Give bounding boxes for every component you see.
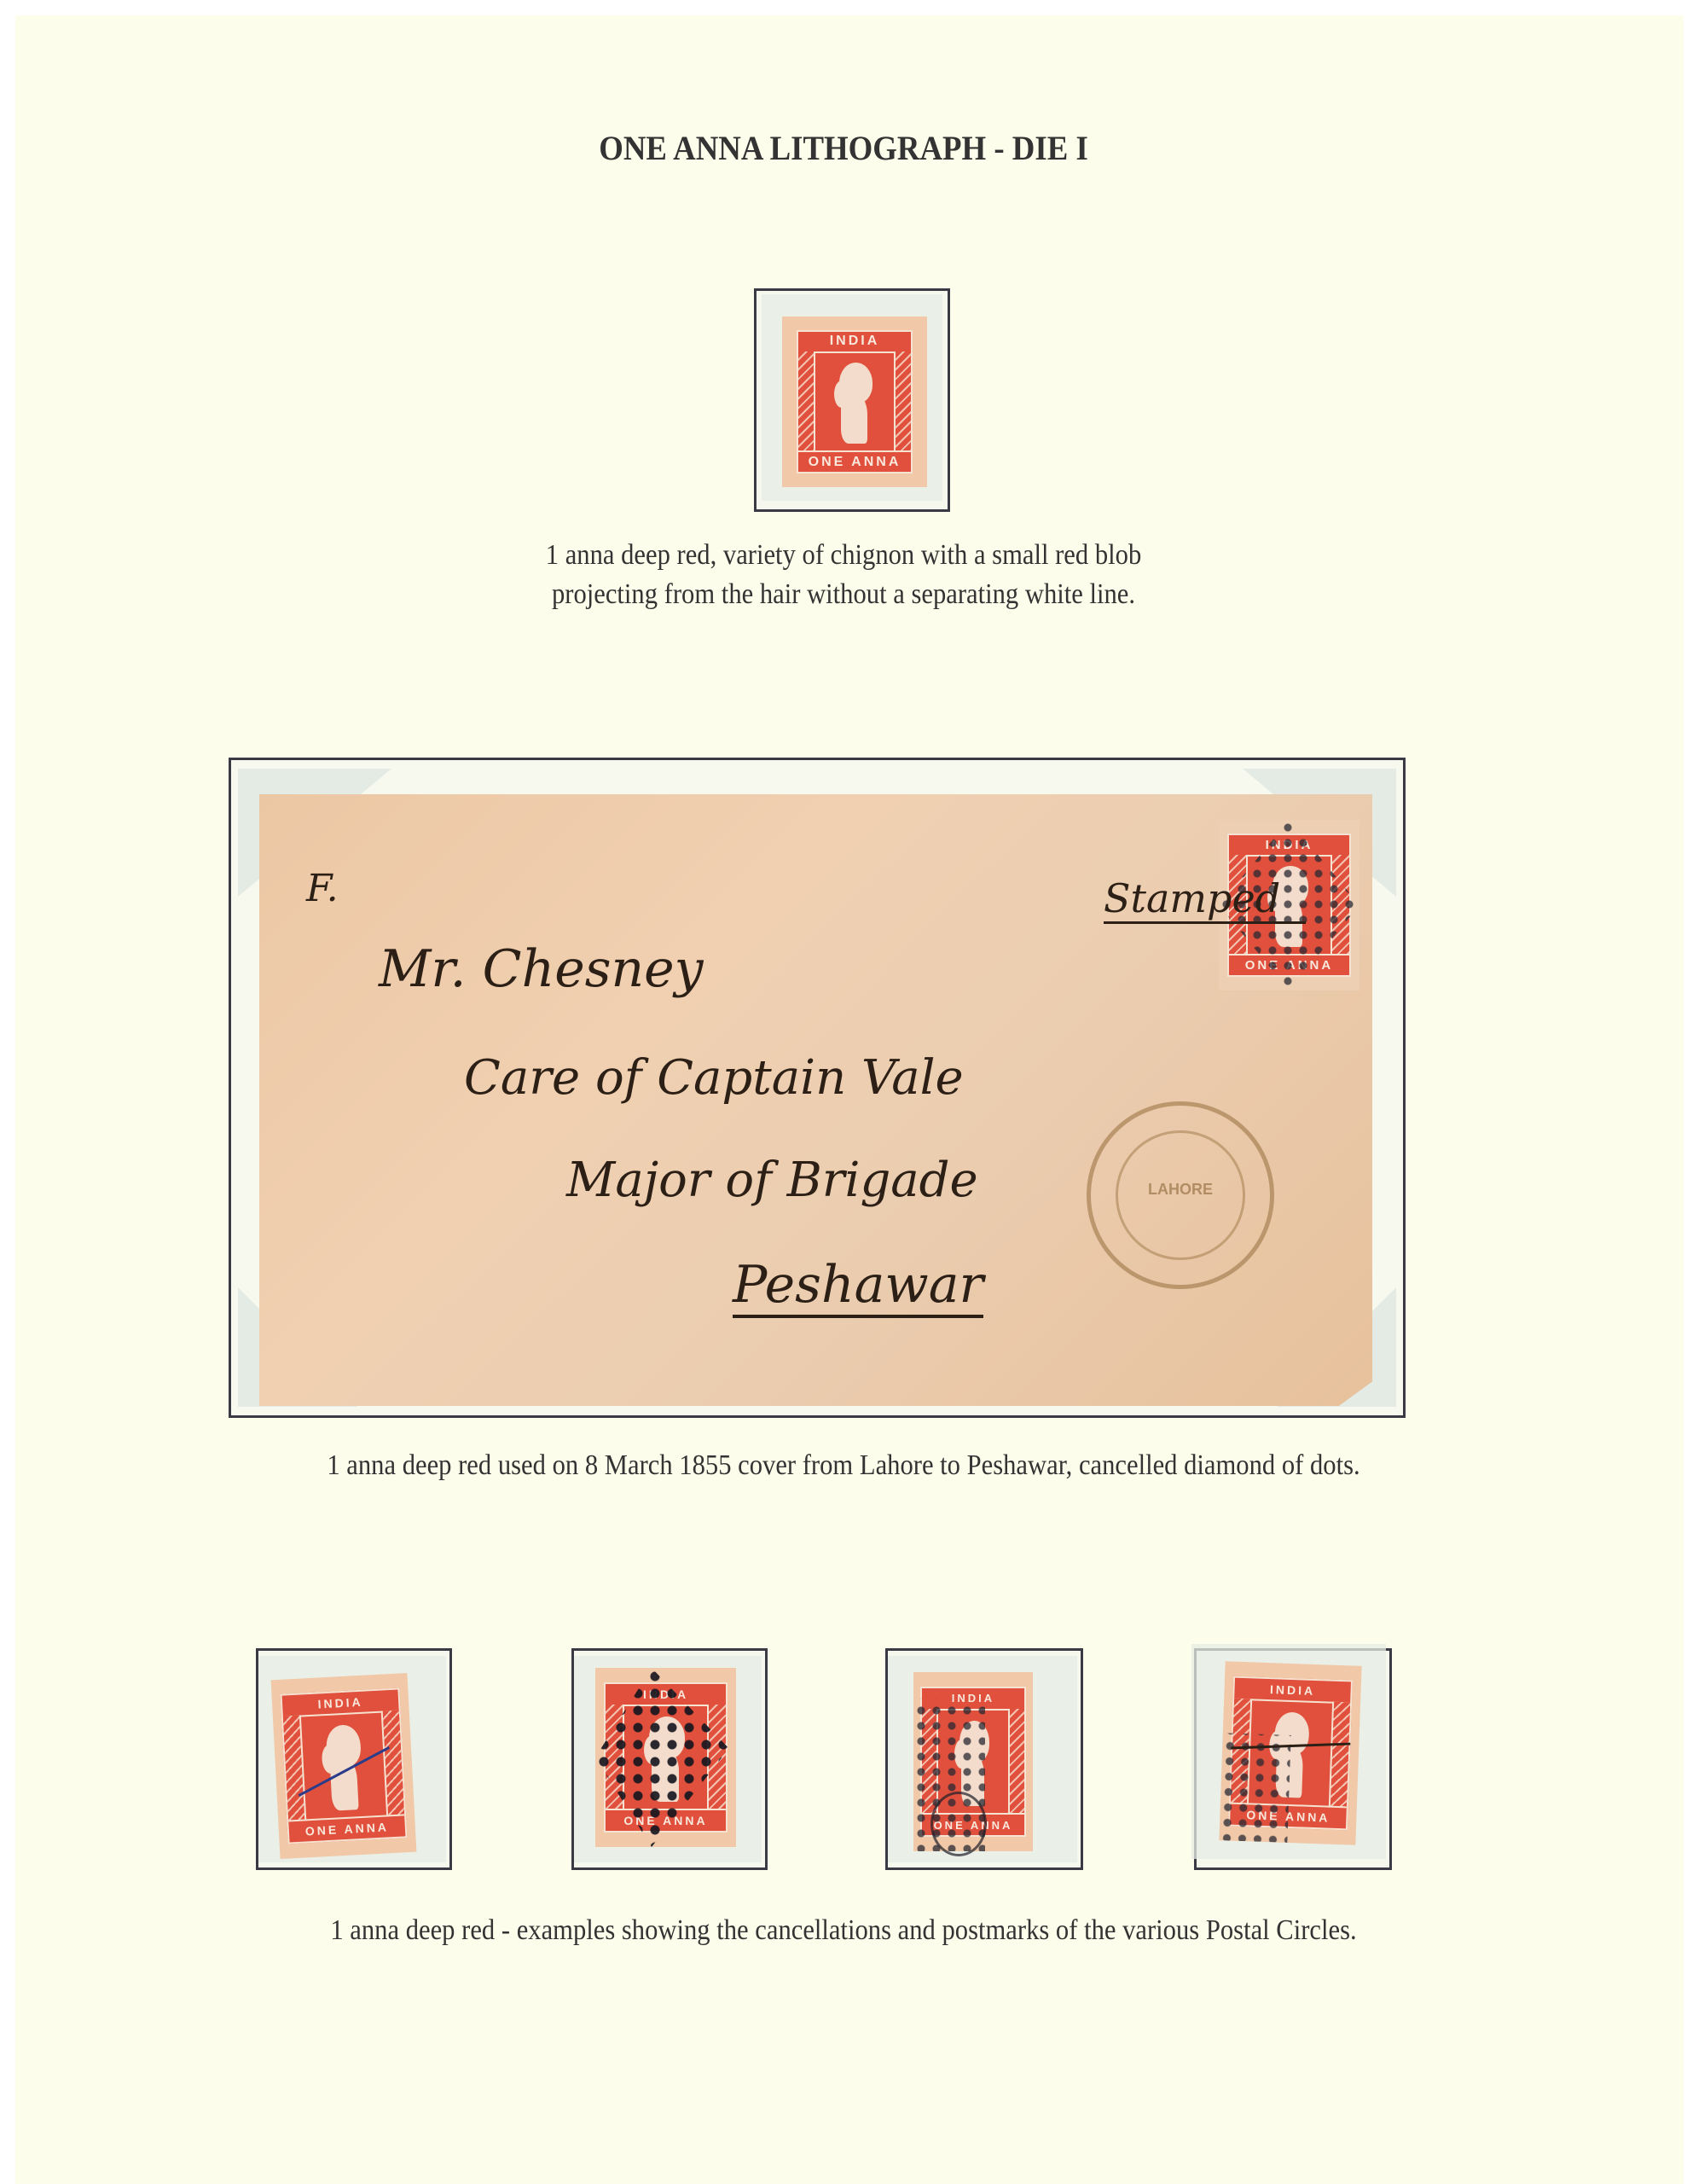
routing-note: Stamped bbox=[1104, 875, 1306, 924]
example-stamp-1[interactable]: INDIA ONE ANNA bbox=[271, 1673, 417, 1859]
example-stamp-frame-2: INDIA ONE ANNA bbox=[571, 1648, 768, 1870]
example-stamp-frame-3: INDIA ONE ANNA bbox=[885, 1648, 1083, 1870]
cover-caption: 1 anna deep red used on 8 March 1855 cov… bbox=[84, 1446, 1603, 1485]
examples-caption: 1 anna deep red - examples showing the c… bbox=[84, 1911, 1603, 1950]
page-title: ONE ANNA LITHOGRAPH - DIE I bbox=[67, 128, 1620, 168]
address-line-4: Peshawar bbox=[733, 1255, 983, 1318]
postmark-text: LAHORE bbox=[1091, 1181, 1270, 1199]
featured-caption-line1: 1 anna deep red, variety of chignon with… bbox=[84, 536, 1603, 575]
featured-stamp-frame: INDIA ONE ANNA bbox=[754, 288, 950, 512]
address-line-2: Care of Captain Vale bbox=[464, 1050, 964, 1106]
address-line-3: Major of Brigade bbox=[566, 1153, 978, 1208]
address-line-1: Mr. Chesney bbox=[379, 939, 704, 999]
example-stamp-4[interactable]: INDIA ONE ANNA bbox=[1219, 1661, 1361, 1844]
example-stamp-3[interactable]: INDIA ONE ANNA bbox=[913, 1672, 1033, 1851]
featured-stamp[interactable]: INDIA ONE ANNA bbox=[782, 317, 927, 487]
postal-cover[interactable]: INDIA ONE ANNA Stamped F. Mr. Chesney Ca… bbox=[259, 794, 1372, 1406]
example-stamp-2[interactable]: INDIA ONE ANNA bbox=[595, 1668, 736, 1847]
featured-caption-line2: projecting from the hair without a separ… bbox=[84, 575, 1603, 614]
queen-portrait bbox=[830, 363, 882, 444]
stamp-bottom-label: ONE ANNA bbox=[798, 450, 911, 472]
queen-portrait bbox=[316, 1723, 374, 1811]
stamp-top-label: INDIA bbox=[798, 332, 911, 353]
cover-frame: INDIA ONE ANNA Stamped F. Mr. Chesney Ca… bbox=[229, 758, 1406, 1418]
example-stamp-frame-4: INDIA ONE ANNA bbox=[1194, 1648, 1392, 1870]
circle-postmark bbox=[930, 1792, 987, 1856]
circular-postmark: LAHORE bbox=[1087, 1101, 1274, 1289]
example-stamp-frame-1: INDIA ONE ANNA bbox=[256, 1648, 452, 1870]
address-prefix: F. bbox=[306, 867, 339, 910]
